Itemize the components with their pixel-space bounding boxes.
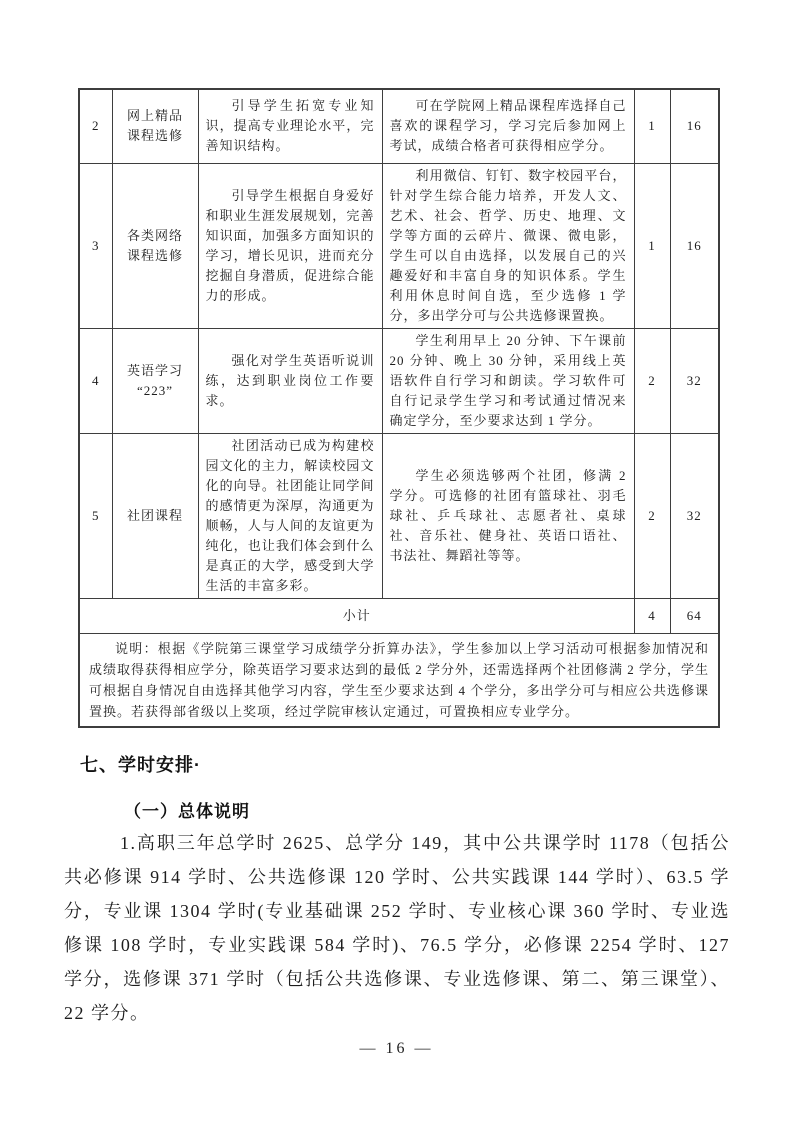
- section-paragraph: 1.高职三年总学时 2625、总学分 149，其中公共课学时 1178（包括公共…: [64, 826, 730, 1030]
- course-method-text: 利用微信、钉钉、数字校园平台，针对学生综合能力培养，开发人文、艺术、社会、哲学、…: [390, 166, 627, 326]
- course-name-cell: 英语学习 “223”: [112, 328, 198, 433]
- course-goal-text: 引导学生根据自身爱好和职业生涯发展规划，完善知识面，加强多方面知识的学习，增长见…: [206, 186, 375, 306]
- page-number: — 16 —: [0, 1040, 793, 1058]
- course-goal-cell: 引导学生根据自身爱好和职业生涯发展规划，完善知识面，加强多方面知识的学习，增长见…: [198, 163, 382, 328]
- third-classroom-course-table: 2 网上精品 课程选修 引导学生拓宽专业知识，提高专业理论水平，完善知识结构。 …: [78, 88, 720, 728]
- section-subheading: （一）总体说明: [124, 797, 250, 822]
- course-goal-cell: 社团活动已成为构建校园文化的主力，解读校园文化的向导。社团能让同学间的感情更为深…: [198, 433, 382, 598]
- row-number-cell: 2: [79, 89, 112, 163]
- course-method-cell: 学生利用早上 20 分钟、下午课前 20 分钟、晚上 30 分钟，采用线上英语软…: [382, 328, 634, 433]
- section-heading: 七、学时安排·: [80, 751, 201, 777]
- course-method-cell: 可在学院网上精品课程库选择自己喜欢的课程学习，学习完后参加网上考试，成绩合格者可…: [382, 89, 634, 163]
- row-number-cell: 5: [79, 433, 112, 598]
- credits-cell: 1: [634, 163, 670, 328]
- course-goal-text: 引导学生拓宽专业知识，提高专业理论水平，完善知识结构。: [206, 96, 375, 156]
- course-name-cell: 社团课程: [112, 433, 198, 598]
- course-goal-text: 强化对学生英语听说训练，达到职业岗位工作要求。: [206, 351, 375, 411]
- hours-cell: 16: [670, 89, 719, 163]
- subtotal-row: 小计 4 64: [79, 598, 719, 633]
- course-method-text: 学生利用早上 20 分钟、下午课前 20 分钟、晚上 30 分钟，采用线上英语软…: [390, 331, 627, 431]
- table-row: 2 网上精品 课程选修 引导学生拓宽专业知识，提高专业理论水平，完善知识结构。 …: [79, 89, 719, 163]
- course-goal-cell: 引导学生拓宽专业知识，提高专业理论水平，完善知识结构。: [198, 89, 382, 163]
- hours-cell: 32: [670, 328, 719, 433]
- subtotal-credits: 4: [634, 598, 670, 633]
- table-row: 5 社团课程 社团活动已成为构建校园文化的主力，解读校园文化的向导。社团能让同学…: [79, 433, 719, 598]
- course-method-cell: 学生必须选够两个社团，修满 2 学分。可选修的社团有篮球社、羽毛球社、乒乓球社、…: [382, 433, 634, 598]
- row-number-cell: 4: [79, 328, 112, 433]
- subtotal-label: 小计: [79, 598, 634, 633]
- course-method-cell: 利用微信、钉钉、数字校园平台，针对学生综合能力培养，开发人文、艺术、社会、哲学、…: [382, 163, 634, 328]
- hours-cell: 16: [670, 163, 719, 328]
- hours-cell: 32: [670, 433, 719, 598]
- credits-cell: 2: [634, 328, 670, 433]
- table-row: 3 各类网络 课程选修 引导学生根据自身爱好和职业生涯发展规划，完善知识面，加强…: [79, 163, 719, 328]
- row-number-cell: 3: [79, 163, 112, 328]
- credits-cell: 1: [634, 89, 670, 163]
- course-goal-text: 社团活动已成为构建校园文化的主力，解读校园文化的向导。社团能让同学间的感情更为深…: [206, 436, 375, 596]
- table-row: 4 英语学习 “223” 强化对学生英语听说训练，达到职业岗位工作要求。 学生利…: [79, 328, 719, 433]
- course-name-cell: 网上精品 课程选修: [112, 89, 198, 163]
- course-method-text: 学生必须选够两个社团，修满 2 学分。可选修的社团有篮球社、羽毛球社、乒乓球社、…: [390, 466, 627, 566]
- note-row: 说明：根据《学院第三课堂学习成绩学分折算办法》，学生参加以上学习活动可根据参加情…: [79, 633, 719, 727]
- table-note-cell: 说明：根据《学院第三课堂学习成绩学分折算办法》，学生参加以上学习活动可根据参加情…: [79, 633, 719, 727]
- document-page: 2 网上精品 课程选修 引导学生拓宽专业知识，提高专业理论水平，完善知识结构。 …: [0, 0, 793, 1122]
- table-note-text: 说明：根据《学院第三课堂学习成绩学分折算办法》，学生参加以上学习活动可根据参加情…: [89, 638, 709, 722]
- course-name-cell: 各类网络 课程选修: [112, 163, 198, 328]
- credits-cell: 2: [634, 433, 670, 598]
- course-goal-cell: 强化对学生英语听说训练，达到职业岗位工作要求。: [198, 328, 382, 433]
- subtotal-hours: 64: [670, 598, 719, 633]
- course-method-text: 可在学院网上精品课程库选择自己喜欢的课程学习，学习完后参加网上考试，成绩合格者可…: [390, 96, 627, 156]
